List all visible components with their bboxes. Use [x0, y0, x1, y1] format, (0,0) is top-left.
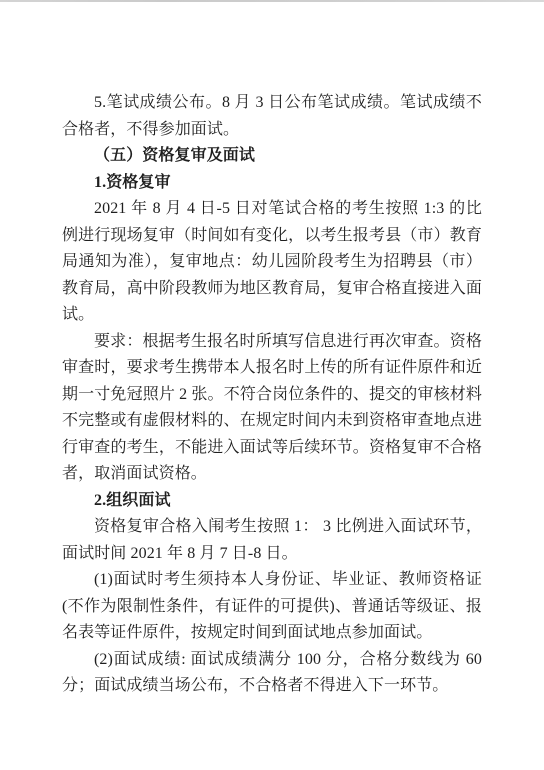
- paragraph-review-requirements: 要求：根据考生报名时所填写信息进行再次审查。资格审查时，要求考生携带本人报名时上…: [62, 329, 482, 488]
- paragraph-interview-score-rules: (2)面试成绩: 面试成绩满分 100 分，合格分数线为 60 分；面试成绩当场…: [62, 647, 482, 700]
- section-heading-qualification-review: 1.资格复审: [62, 170, 482, 197]
- scan-edge-artifact: [0, 0, 544, 2]
- section-heading-qualification-review-and-interview: （五）资格复审及面试: [62, 143, 482, 170]
- paragraph-written-score-announcement: 5.笔试成绩公布。8 月 3 日公布笔试成绩。笔试成绩不合格者，不得参加面试。: [62, 90, 482, 143]
- paragraph-onsite-review-schedule: 2021 年 8 月 4 日-5 日对笔试合格的考生按照 1:3 的比例进行现场…: [62, 196, 482, 329]
- paragraph-interview-documents: (1)面试时考生须持本人身份证、毕业证、教师资格证(不作为限制性条件，有证件的可…: [62, 567, 482, 647]
- section-heading-organize-interview: 2.组织面试: [62, 488, 482, 515]
- document-content: 5.笔试成绩公布。8 月 3 日公布笔试成绩。笔试成绩不合格者，不得参加面试。 …: [62, 90, 482, 700]
- paragraph-interview-schedule: 资格复审合格入闱考生按照 1： 3 比例进入面试环节，面试时间 2021 年 8…: [62, 514, 482, 567]
- document-page: 5.笔试成绩公布。8 月 3 日公布笔试成绩。笔试成绩不合格者，不得参加面试。 …: [0, 0, 544, 770]
